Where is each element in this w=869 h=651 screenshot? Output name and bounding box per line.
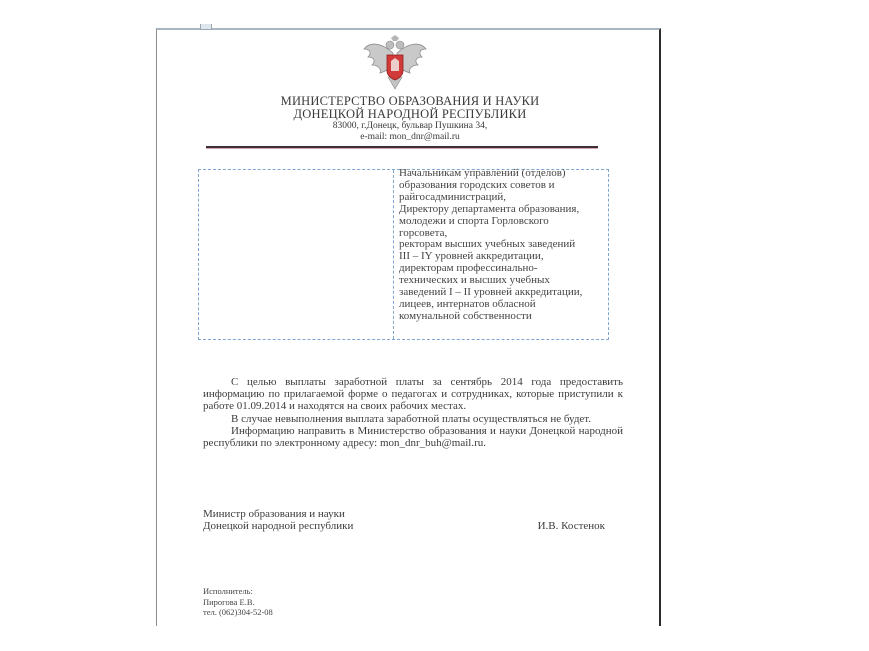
ministry-title-line2: ДОНЕЦКОЙ НАРОДНОЙ РЕСПУБЛИКИ [250, 108, 570, 121]
recipient-line: молодежи и спорта Горловского [399, 216, 609, 228]
recipient-line: комунальной собственности [399, 311, 609, 323]
ministry-address: 83000, г.Донецк, бульвар Пушкина 34, [250, 121, 570, 132]
body-paragraph: С целью выплаты заработной платы за сент… [203, 376, 623, 413]
executor-block: Исполнитель: Пирогова Е.В. тел. (062)304… [203, 586, 273, 618]
signature-block: Министр образования и науки Донецкой нар… [203, 508, 613, 532]
recipients-list: Начальникам управлений (отделов) образов… [399, 168, 609, 323]
ministry-email: e-mail: mon_dnr@mail.ru [250, 132, 570, 143]
header-separator-line [206, 146, 598, 148]
signatory-title-line1: Министр образования и науки [203, 508, 613, 520]
recipient-line: райгосадминистраций, [399, 192, 609, 204]
executor-phone: тел. (062)304-52-08 [203, 607, 273, 618]
letter-body: С целью выплаты заработной платы за сент… [203, 376, 623, 449]
executor-name: Пирогова Е.В. [203, 597, 273, 608]
letterhead: МИНИСТЕРСТВО ОБРАЗОВАНИЯ И НАУКИ ДОНЕЦКО… [250, 95, 570, 143]
dnr-coat-of-arms-icon [360, 35, 430, 93]
signatory-name: И.В. Костенок [538, 520, 605, 532]
body-paragraph: Информацию направить в Министерство обра… [203, 425, 623, 449]
table-column-divider [393, 170, 394, 339]
recipient-line: Директору департамента образования, [399, 204, 609, 216]
ruler-tab-marker[interactable] [200, 24, 212, 30]
body-paragraph: В случае невыполнения выплата заработной… [203, 413, 623, 425]
executor-label: Исполнитель: [203, 586, 273, 597]
